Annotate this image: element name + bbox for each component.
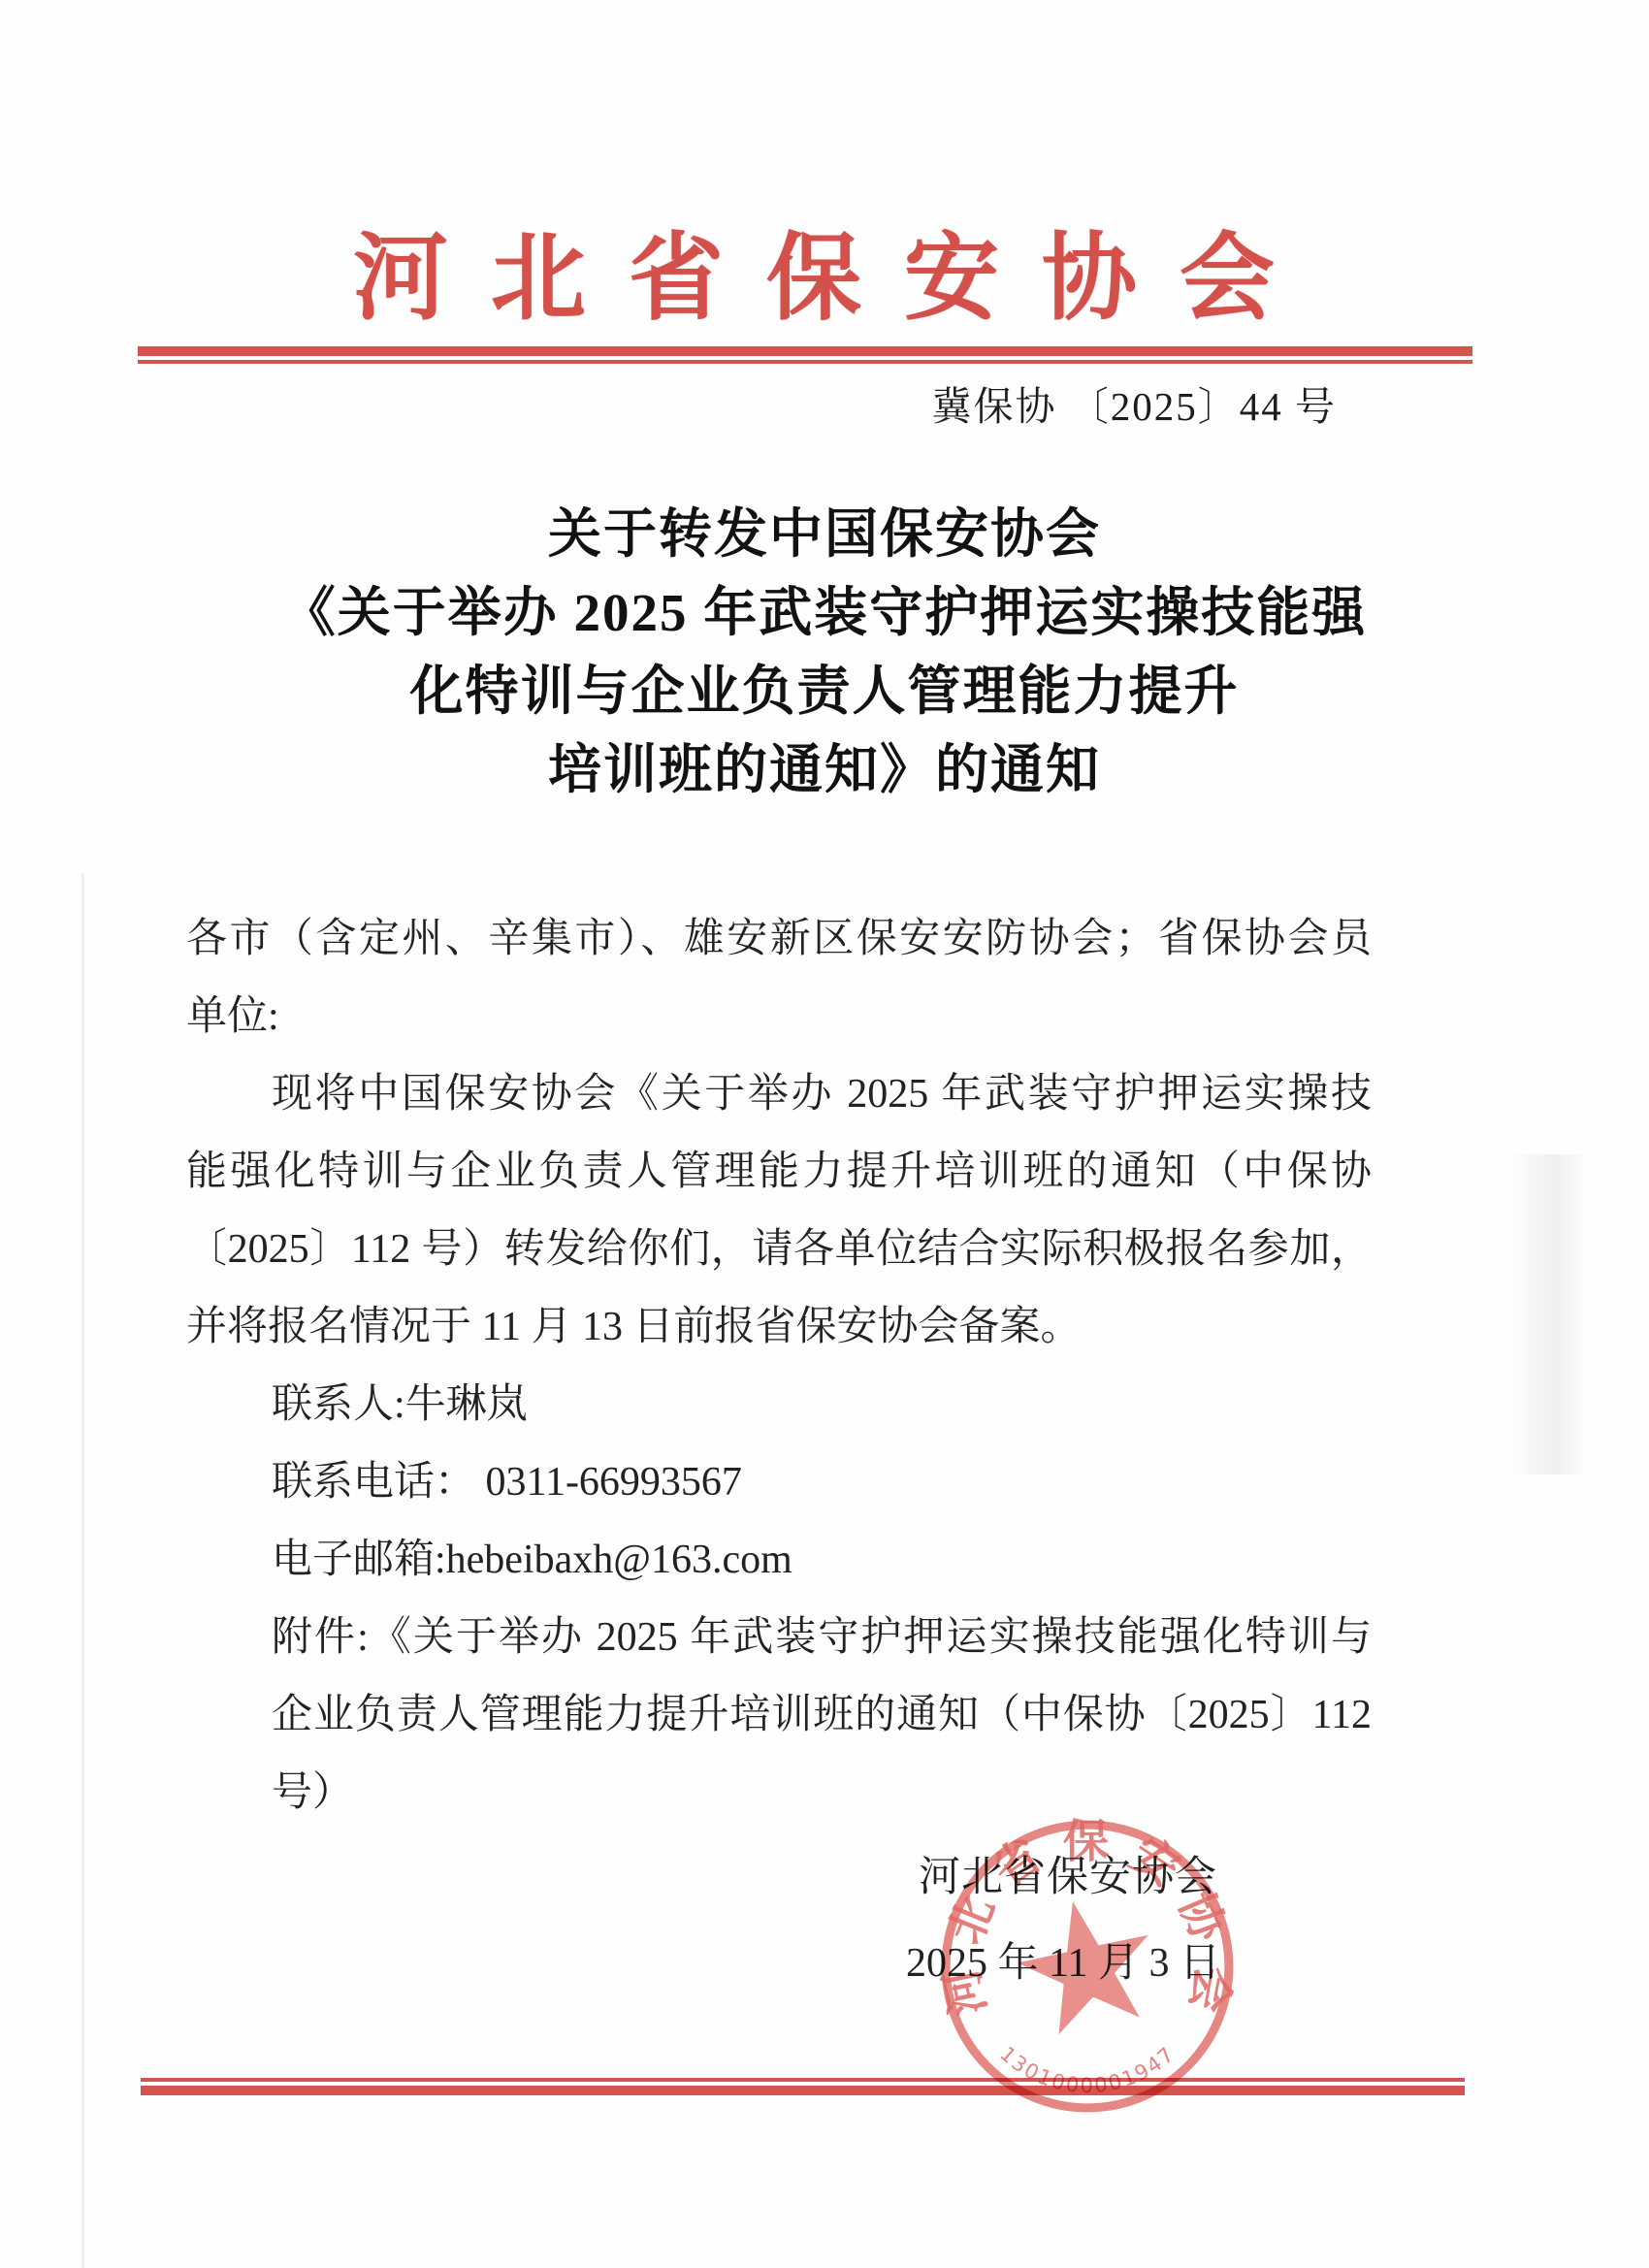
contact-person-line: 联系人:牛琳岚	[186, 1366, 1372, 1443]
masthead-title: 河北省保安协会	[0, 202, 1649, 339]
notice-title-line: 《关于举办 2025 年武装守护押运实操技能强	[0, 573, 1649, 652]
body-line: 现将中国保安协会《关于举办 2025 年武装守护押运实操技	[186, 1055, 1372, 1133]
doc-number: 冀保协 〔2025〕44 号	[0, 374, 1337, 432]
body-text: 各市（含定州、辛集市）、雄安新区保安安防协会；省保协会员 单位: 现将中国保安协…	[186, 900, 1372, 1831]
body-line: 并将报名情况于 11 月 13 日前报省保安协会备案。	[186, 1288, 1372, 1366]
official-seal-stamp: 河北省保安协会 1301000001947	[929, 1806, 1245, 2126]
notice-title-line: 培训班的通知》的通知	[0, 730, 1649, 809]
notice-title: 关于转发中国保安协会 《关于举办 2025 年武装守护押运实操技能强 化特训与企…	[0, 495, 1649, 809]
body-line: 〔2025〕112 号）转发给你们，请各单位结合实际积极报名参加，	[186, 1211, 1372, 1288]
attachment-line: 附件:《关于举办 2025 年武装守护押运实操技能强化特训与	[186, 1599, 1372, 1676]
notice-title-line: 关于转发中国保安协会	[0, 495, 1649, 573]
header-rule-thick	[138, 346, 1472, 356]
body-line: 单位:	[186, 978, 1372, 1055]
footer-rule	[141, 2078, 1465, 2095]
footer-rule-thick	[141, 2086, 1465, 2095]
attachment-line: 企业负责人管理能力提升培训班的通知（中保协〔2025〕112	[186, 1676, 1372, 1754]
seal-star-icon	[1008, 1888, 1165, 2040]
header-rule-thin	[138, 360, 1472, 364]
contact-email-line: 电子邮箱:hebeibaxh@163.com	[186, 1521, 1372, 1599]
document-page: 河北省保安协会 冀保协 〔2025〕44 号 关于转发中国保安协会 《关于举办 …	[0, 0, 1649, 2268]
scan-artifact-left	[81, 873, 84, 2268]
body-line: 各市（含定州、辛集市）、雄安新区保安安防协会；省保协会员	[186, 900, 1372, 978]
header-rule	[138, 346, 1472, 364]
scan-artifact-right	[1509, 1154, 1587, 1474]
contact-phone-line: 联系电话： 0311-66993567	[186, 1443, 1372, 1521]
body-line: 能强化特训与企业负责人管理能力提升培训班的通知（中保协	[186, 1133, 1372, 1211]
notice-title-line: 化特训与企业负责人管理能力提升	[0, 652, 1649, 730]
